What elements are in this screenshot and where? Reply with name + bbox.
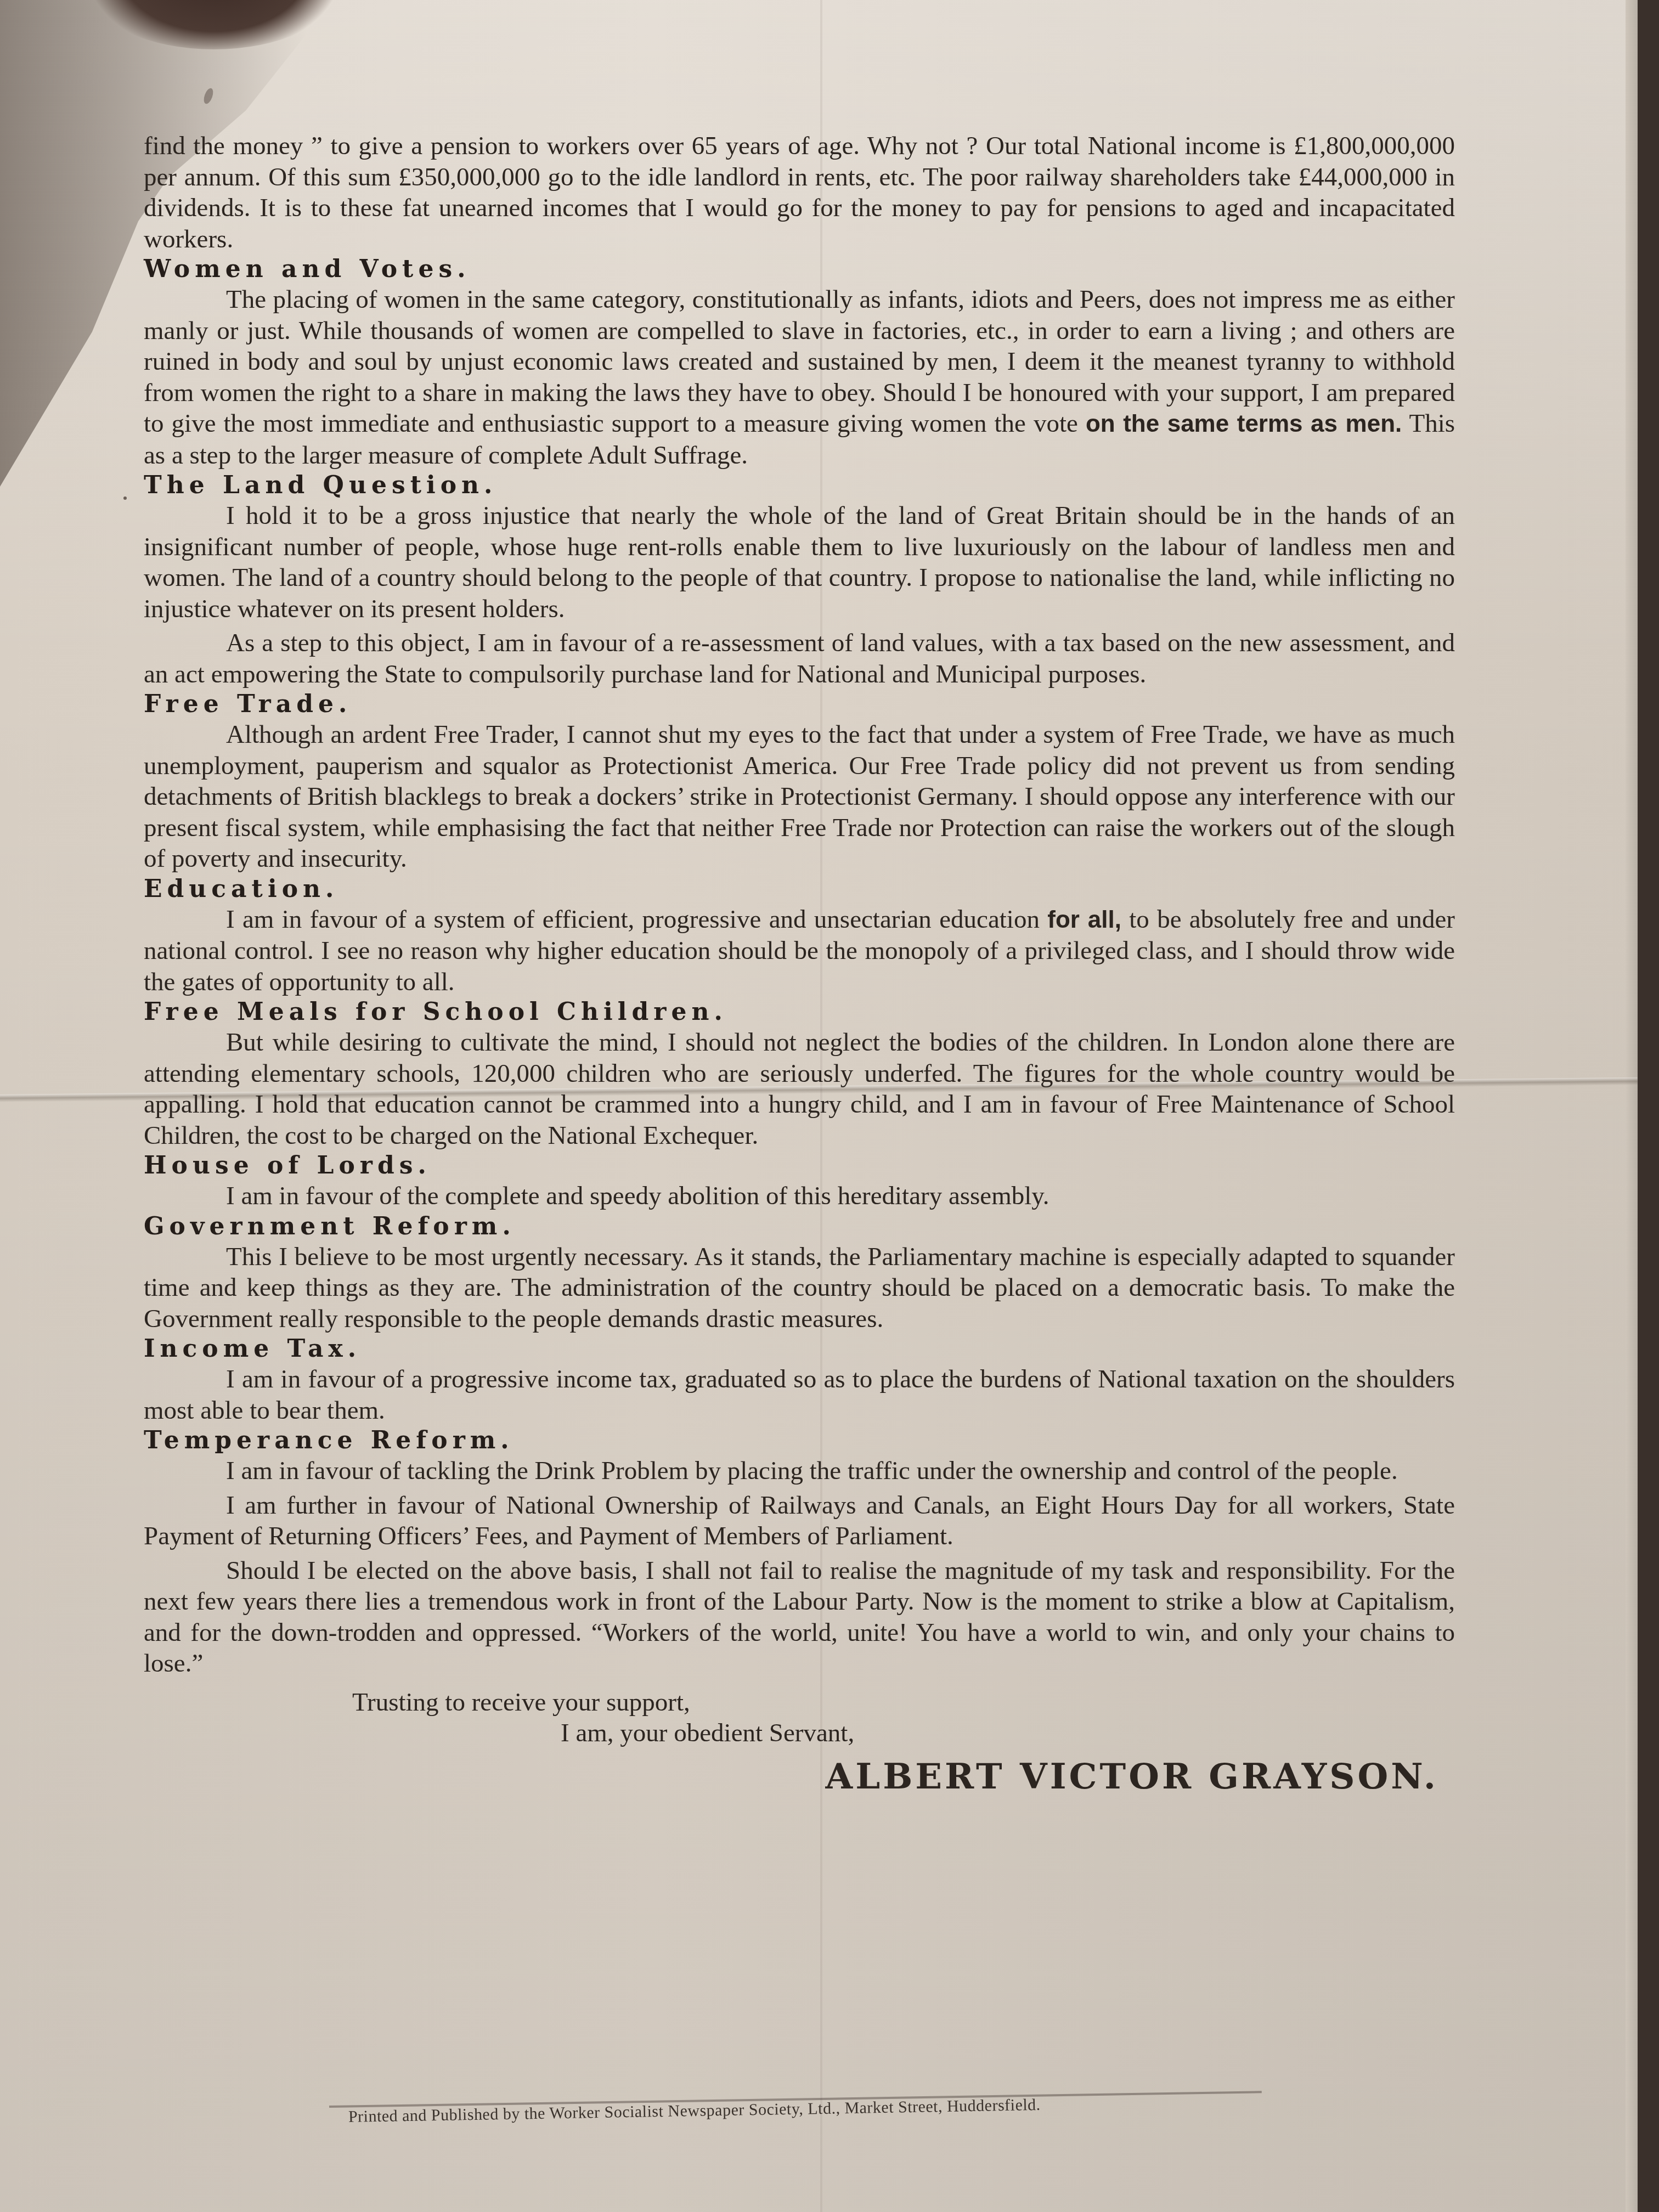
paragraph-text: I am further in favour of National Owner… <box>144 1491 1455 1551</box>
section-paragraph: I am in favour of a progressive income t… <box>144 1364 1455 1426</box>
section-paragraph: The placing of women in the same categor… <box>144 284 1455 471</box>
paragraph-text: I am in favour of a system of efficient,… <box>226 905 1047 934</box>
paragraph-text: I hold it to be a gross injustice that n… <box>144 501 1455 623</box>
section-heading: Free Trade. <box>144 690 1455 719</box>
section-heading: The Land Question. <box>144 471 1455 500</box>
emphasised-text: for all, <box>1047 906 1121 933</box>
signature-name: ALBERT VICTOR GRAYSON. <box>144 1752 1455 1802</box>
section-paragraph: As a step to this object, I am in favour… <box>144 628 1455 690</box>
closing-line-servant: I am, your obedient Servant, <box>144 1718 1455 1749</box>
paragraph-text: As a step to this object, I am in favour… <box>144 629 1455 689</box>
paragraph-text: This I believe to be most urgently neces… <box>144 1243 1455 1333</box>
paragraph-text: Although an ardent Free Trader, I cannot… <box>144 720 1455 873</box>
election-address-body: find the money ” to give a pension to wo… <box>144 131 1455 1802</box>
section-heading: Temperance Reform. <box>144 1426 1455 1455</box>
section-paragraph: I am in favour of a system of efficient,… <box>144 904 1455 998</box>
sections: Women and Votes.The placing of women in … <box>144 255 1455 1679</box>
emphasised-text: on the same terms as men. <box>1086 410 1402 437</box>
section-heading: Government Reform. <box>144 1212 1455 1242</box>
section-heading: Women and Votes. <box>144 255 1455 284</box>
paragraph-text: Should I be elected on the above basis, … <box>144 1556 1455 1678</box>
paragraph-text: I am in favour of a progressive income t… <box>144 1365 1455 1425</box>
closing-block: Trusting to receive your support, I am, … <box>144 1687 1455 1802</box>
section-paragraph: This I believe to be most urgently neces… <box>144 1242 1455 1335</box>
section-heading: Income Tax. <box>144 1334 1455 1364</box>
section-paragraph: Should I be elected on the above basis, … <box>144 1555 1455 1679</box>
paragraph-text: I am in favour of tackling the Drink Pro… <box>226 1457 1398 1485</box>
opening-paragraph: find the money ” to give a pension to wo… <box>144 131 1455 255</box>
section-paragraph: I am further in favour of National Owner… <box>144 1490 1455 1552</box>
section-paragraph: I am in favour of tackling the Drink Pro… <box>144 1455 1455 1487</box>
closing-line-trusting: Trusting to receive your support, <box>144 1687 1455 1718</box>
section-heading: Free Meals for School Children. <box>144 997 1455 1027</box>
paragraph-text: But while desiring to cultivate the mind… <box>144 1028 1455 1150</box>
section-heading: Education. <box>144 874 1455 904</box>
section-paragraph: Although an ardent Free Trader, I cannot… <box>144 719 1455 874</box>
section-paragraph: I am in favour of the complete and speed… <box>144 1181 1455 1212</box>
paragraph-text: I am in favour of the complete and speed… <box>226 1182 1049 1210</box>
section-paragraph: But while desiring to cultivate the mind… <box>144 1027 1455 1151</box>
section-heading: House of Lords. <box>144 1151 1455 1181</box>
margin-mark <box>123 496 127 500</box>
section-paragraph: I hold it to be a gross injustice that n… <box>144 500 1455 624</box>
